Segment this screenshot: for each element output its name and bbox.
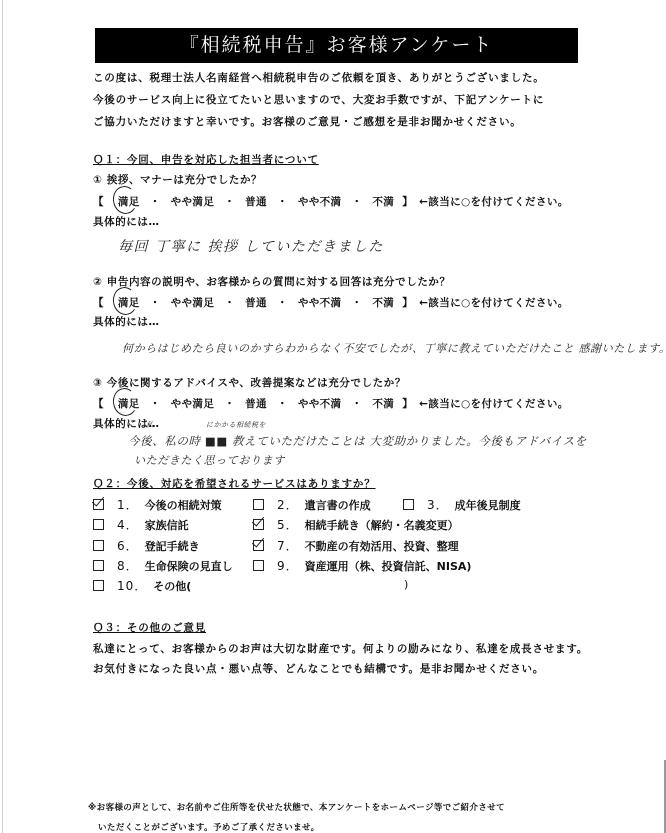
rating-option[interactable]: やや満足 — [171, 396, 215, 411]
service-option-6[interactable]: 6．登記手続き — [93, 537, 200, 554]
scan-edge-left — [2, 0, 3, 833]
q3-heading: Ｑ３：その他のご意見 — [93, 620, 206, 635]
q1-2-rating: 【 満足 ・ やや満足 ・ 普通 ・ やや不満 ・ 不満 】 ←該当に○を付けて… — [93, 295, 569, 310]
detail-label: 具体的には… — [93, 314, 160, 329]
checkbox[interactable] — [253, 560, 264, 571]
service-option-8[interactable]: 8．生命保険の見直し — [93, 557, 233, 574]
service-option-10[interactable]: 10．その他( — [93, 577, 191, 594]
footnote-line: ※お客様の声として、お名前やご住所等を伏せた状態で、本アンケートをホームページ等… — [88, 801, 505, 813]
checkbox[interactable] — [403, 499, 414, 510]
rating-option[interactable]: やや満足 — [171, 295, 215, 310]
bracket-open: 【 — [93, 194, 104, 209]
hand-drawn-circle-icon — [111, 386, 139, 418]
service-option-7[interactable]: 7．不動産の有効活用、投資、整理 — [253, 537, 459, 554]
q1-2-question: ② 申告内容の説明や、お客様からの質問に対する回答は充分でしたか？ — [93, 274, 451, 289]
rating-option[interactable]: 不満 — [372, 295, 394, 310]
checkbox[interactable] — [253, 499, 264, 510]
q1-1-rating: 【 満足 ・ やや満足 ・ 普通 ・ やや不満 ・ 不満 】 ←該当に○を付けて… — [93, 194, 569, 209]
handwritten-insert-above: 私 — [146, 420, 154, 430]
checkbox-checked[interactable] — [253, 519, 264, 530]
intro-line: ご協力いただけますと幸いです。お客様のご意見・ご感想を是非お聞かせください。 — [93, 114, 522, 129]
survey-title-banner: 『相続税申告』お客様アンケート — [95, 28, 578, 63]
service-option-3[interactable]: 3．成年後見制度 — [403, 496, 521, 513]
intro-line: 今後のサービス向上に役立てたいと思いますので、大変お手数ですが、下記アンケートに — [93, 92, 544, 107]
rating-option-selected[interactable]: 満足 — [118, 194, 140, 209]
rating-option-selected[interactable]: 満足 — [118, 295, 140, 310]
footnote-line: いただくことがございます。予めご了承くださいませ。 — [98, 821, 320, 833]
checkbox[interactable] — [93, 560, 104, 571]
q1-heading: Ｑ１：今回、申告を対応した担当者について — [93, 152, 319, 167]
hand-drawn-circle-icon — [111, 184, 139, 216]
bracket-close: 】 — [402, 194, 413, 209]
q3-line: お気付きになった良い点・悪い点等、どんなことでも結構です。是非お聞かせください。 — [93, 661, 544, 676]
q1-3-rating: 【 満足 ・ やや満足 ・ 普通 ・ やや不満 ・ 不満 】 ←該当に○を付けて… — [93, 396, 569, 411]
rating-option[interactable]: やや満足 — [171, 194, 215, 209]
service-option-5[interactable]: 5．相続手続き（解約・名義変更） — [253, 516, 459, 533]
q2-heading: Ｑ２：今後、対応を希望されるサービスはありますか？ — [93, 476, 376, 491]
rating-option[interactable]: 不満 — [372, 396, 394, 411]
rating-option[interactable]: 普通 — [245, 295, 267, 310]
handwritten-answer[interactable]: 毎回 丁寧に 挨拶 していただきました — [118, 236, 384, 256]
rating-option[interactable]: やや不満 — [298, 194, 342, 209]
instruction-note: ←該当に○を付けてください。 — [419, 194, 569, 209]
rating-option-selected[interactable]: 満足 — [118, 396, 140, 411]
q1-1-question: ① 挨拶、マナーは充分でしたか？ — [93, 172, 262, 187]
handwritten-answer[interactable]: いただきたく思っております — [134, 452, 285, 468]
detail-label: 具体的には… — [93, 214, 160, 229]
service-option-4[interactable]: 4．家族信託 — [93, 516, 189, 533]
service-option-1[interactable]: 1．今後の相続対策 — [93, 496, 222, 513]
intro-line: この度は、税理士法人名南経営へ相続税申告のご依頼を頂き、ありがとうございました。 — [93, 70, 545, 85]
handwritten-answer[interactable]: 何からはじめたら良いのかすらわからなく不安でしたが、丁寧に教えていただけたこと … — [122, 340, 666, 356]
checkbox-checked[interactable] — [93, 499, 104, 510]
instruction-note: ←該当に○を付けてください。 — [419, 396, 569, 411]
service-option-2[interactable]: 2．遺言書の作成 — [253, 496, 371, 513]
checkbox[interactable] — [93, 580, 104, 591]
rating-option[interactable]: やや不満 — [298, 295, 342, 310]
rating-option[interactable]: やや不満 — [298, 396, 342, 411]
rating-option[interactable]: 不満 — [372, 194, 394, 209]
service-option-9[interactable]: 9．資産運用（株、投資信託、NISA) — [253, 557, 471, 574]
handwritten-answer[interactable]: 今後、私の時 ■■ 教えていただけたことは 大変助かりました。今後もアドバイスを — [128, 433, 587, 449]
rating-option[interactable]: 普通 — [245, 194, 267, 209]
handwritten-insert: にかかる相続税を — [206, 420, 266, 430]
rating-option[interactable]: 普通 — [245, 396, 267, 411]
checkbox[interactable] — [93, 540, 104, 551]
q3-line: 私達にとって、お客様からのお声は大切な財産です。何よりの励みになり、私達を成長さ… — [93, 641, 588, 656]
q1-3-question: ③ 今後に関するアドバイスや、改善提案などは充分でしたか？ — [93, 375, 406, 390]
checkbox-checked[interactable] — [253, 540, 264, 551]
hand-drawn-circle-icon — [111, 285, 139, 317]
checkbox[interactable] — [93, 519, 104, 530]
instruction-note: ←該当に○を付けてください。 — [419, 295, 569, 310]
other-close-paren: ) — [404, 578, 408, 591]
